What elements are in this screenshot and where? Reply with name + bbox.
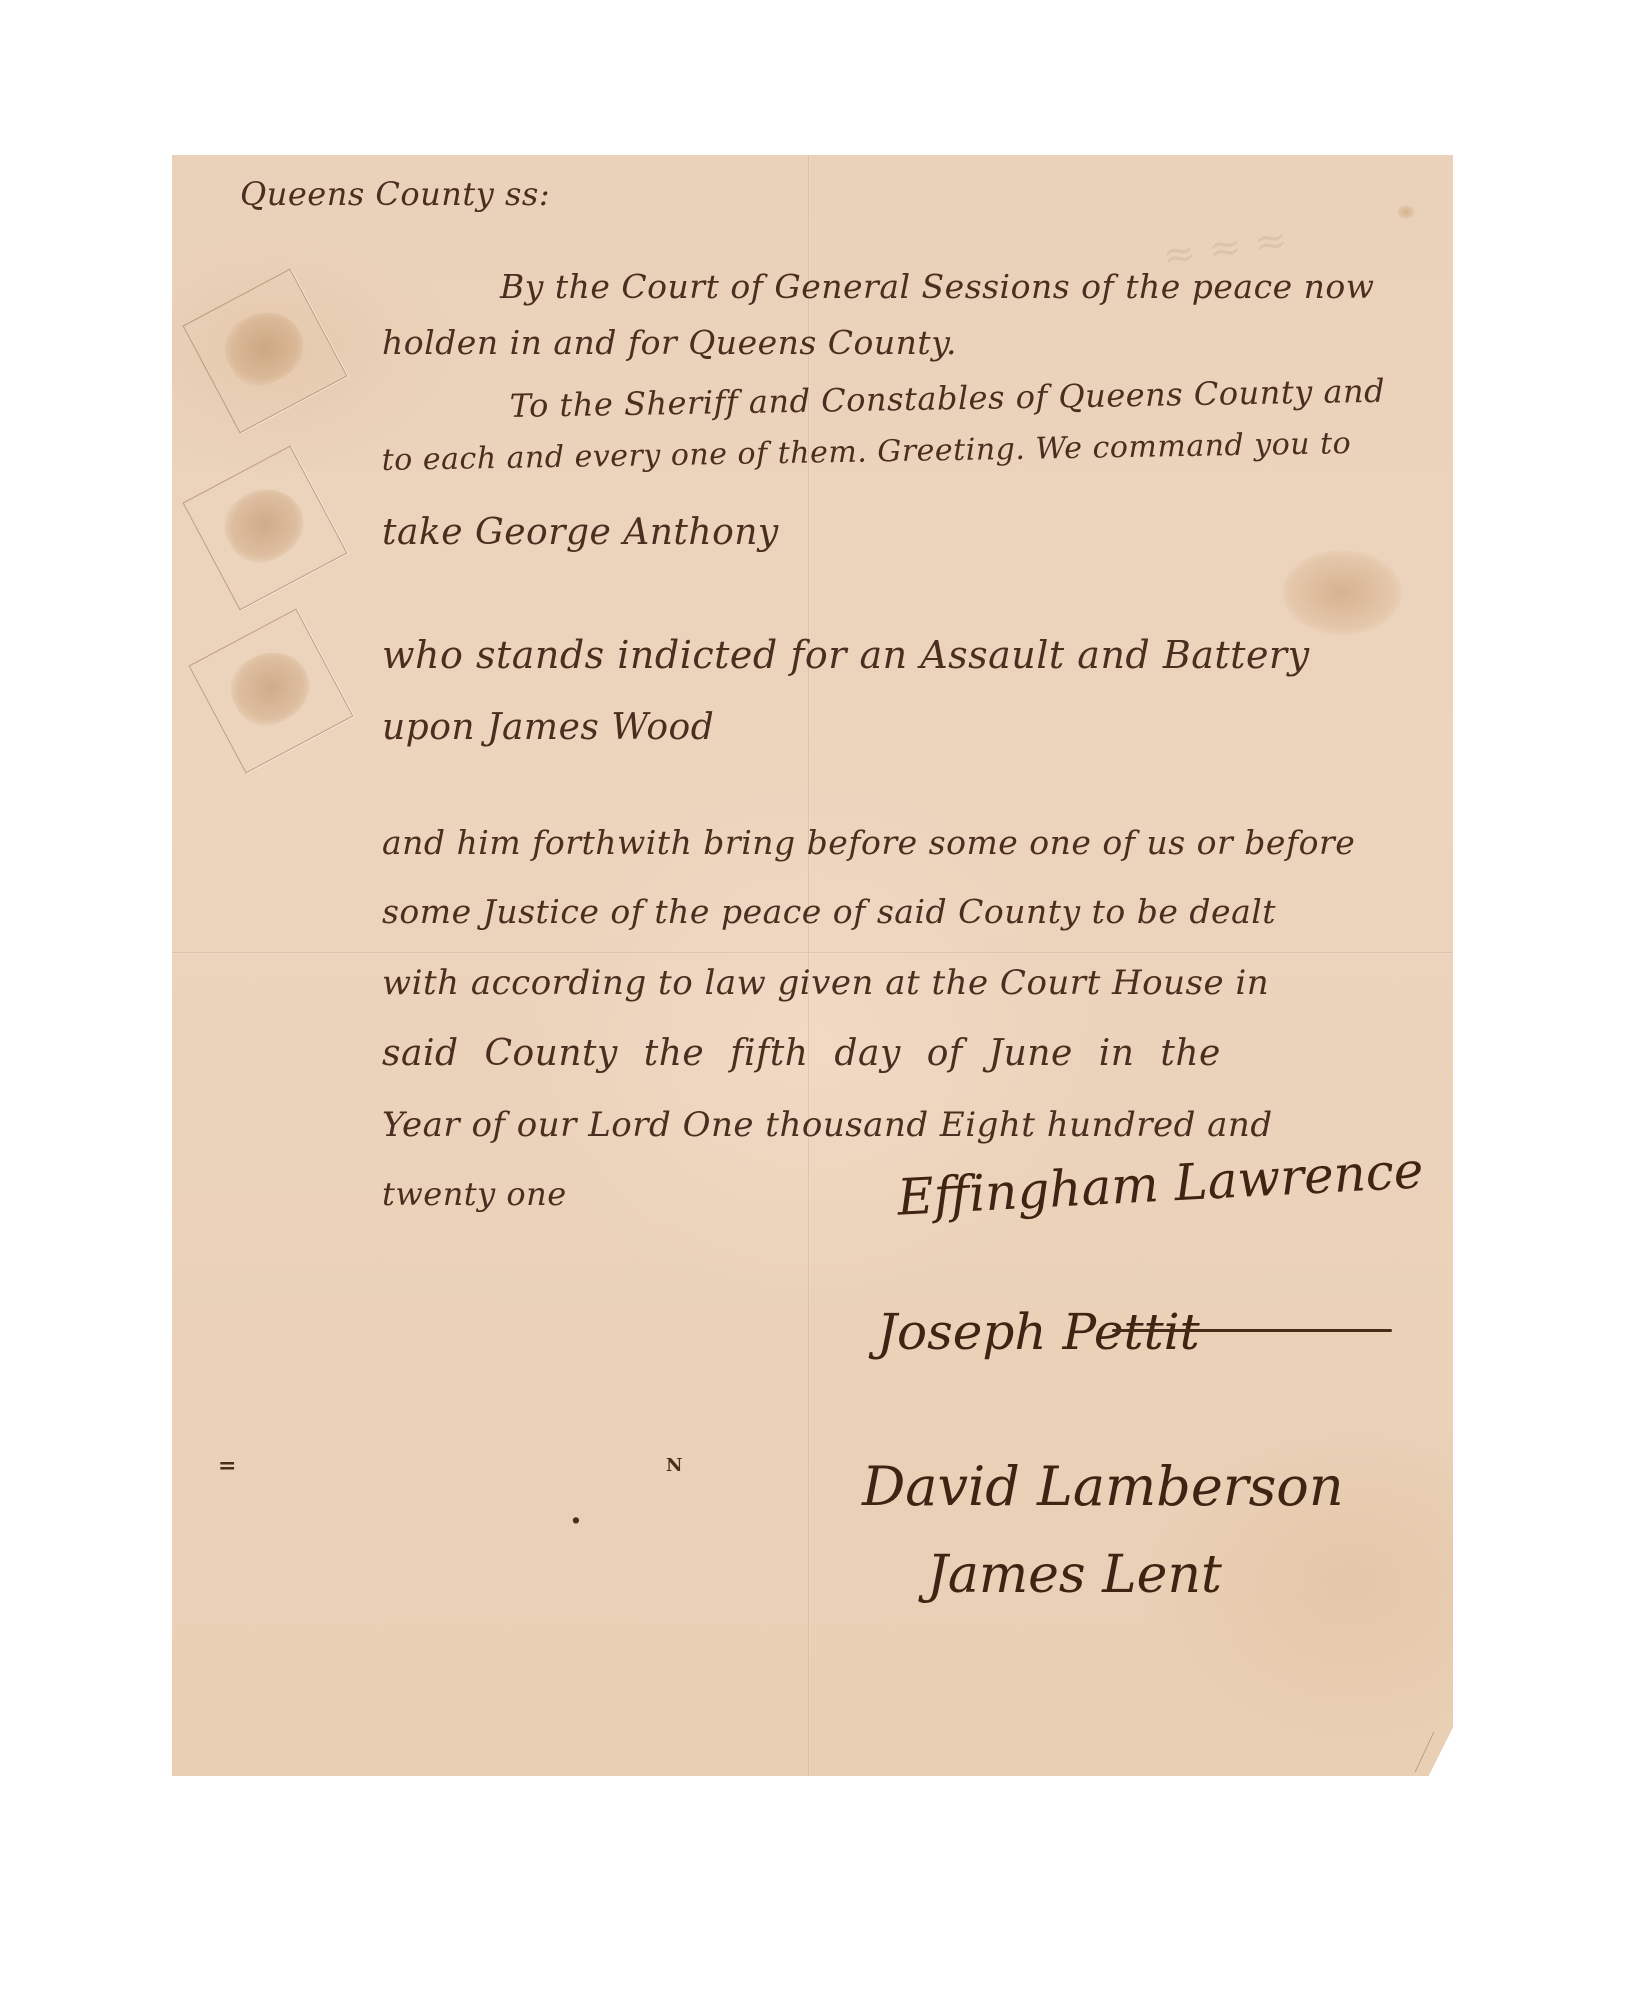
body-line-1: By the Court of General Sessions of the … xyxy=(500,267,1374,306)
document-paper: ≈ ≈ ≈ = N . Queens County ss: By the Cou… xyxy=(172,155,1453,1776)
body-line-4: to each and every one of them. Greeting.… xyxy=(381,426,1351,478)
body-line-13: twenty one xyxy=(382,1175,567,1213)
body-line-5: take George Anthony xyxy=(382,512,779,553)
heading-county: Queens County ss: xyxy=(240,175,550,213)
signature-effingham-lawrence: Effingham Lawrence xyxy=(896,1141,1425,1226)
body-line-7: upon James Wood xyxy=(382,707,714,748)
body-line-11: said County the fifth day of June in the xyxy=(382,1033,1221,1074)
body-line-8: and him forthwith bring before some one … xyxy=(382,823,1355,862)
signature-flourish-underline xyxy=(1112,1329,1392,1332)
ink-mark-equals: = xyxy=(218,1455,236,1477)
body-line-6: who stands indicted for an Assault and B… xyxy=(382,633,1310,677)
ink-mark-n: N xyxy=(666,1457,682,1475)
body-line-12: Year of our Lord One thousand Eight hund… xyxy=(382,1105,1273,1145)
ink-blot: . xyxy=(570,1495,582,1529)
body-line-2: holden in and for Queens County. xyxy=(382,323,957,362)
seal-impression-1 xyxy=(183,269,348,434)
wax-stain xyxy=(214,476,316,574)
wax-stain xyxy=(220,639,322,737)
signature-james-lent: James Lent xyxy=(927,1545,1222,1605)
body-line-10: with according to law given at the Court… xyxy=(382,963,1269,1003)
seal-impression-2 xyxy=(183,446,348,611)
body-line-9: some Justice of the peace of said County… xyxy=(382,892,1276,931)
stain-top-right xyxy=(1397,205,1415,219)
signature-joseph-pettit: Joseph Pettit xyxy=(877,1303,1200,1361)
horizontal-fold-line xyxy=(172,952,1453,954)
signature-david-lamberson: David Lamberson xyxy=(862,1455,1344,1518)
folded-corner xyxy=(1415,1732,1459,1772)
seal-impression-3 xyxy=(189,609,354,774)
wax-stain xyxy=(214,299,316,397)
stain-right xyxy=(1282,550,1402,635)
body-line-3: To the Sheriff and Constables of Queens … xyxy=(509,372,1385,425)
